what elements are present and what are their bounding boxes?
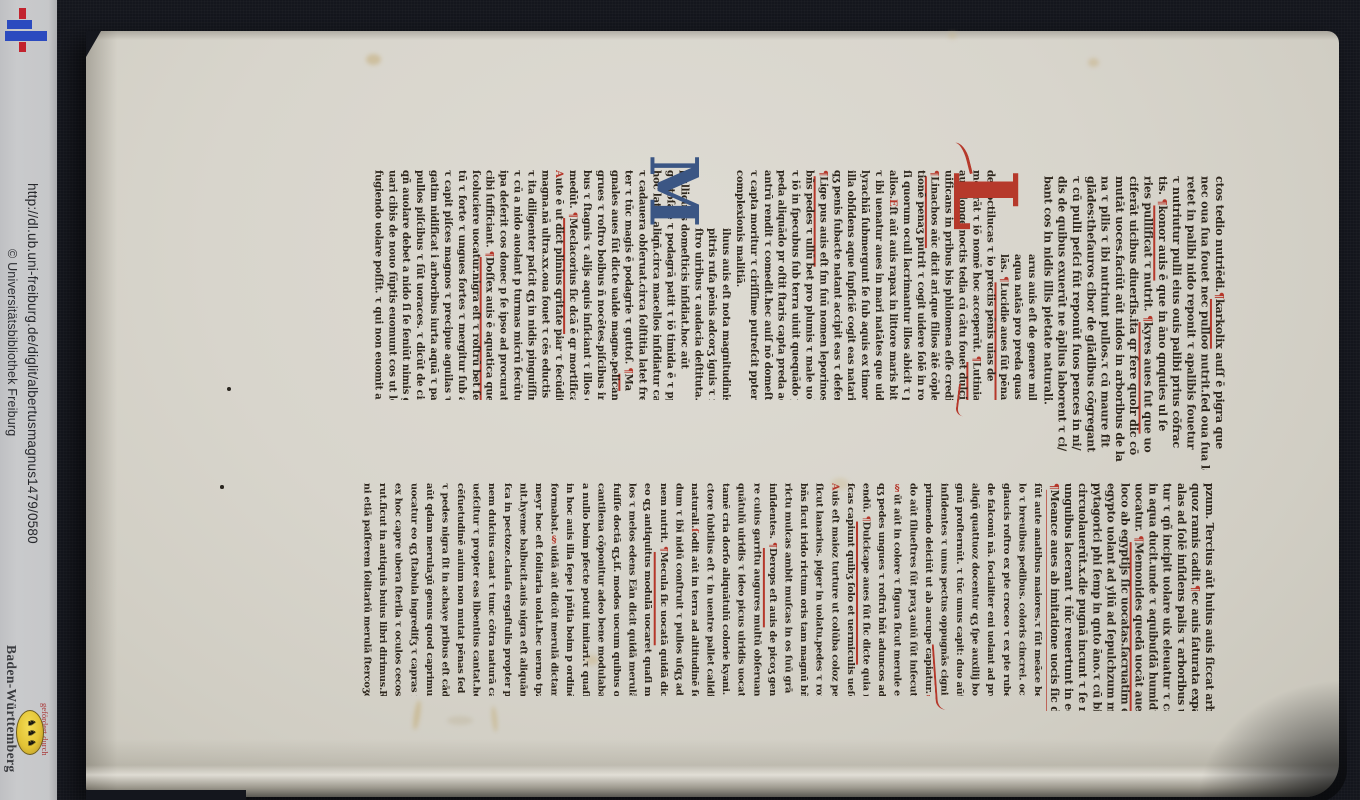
ink-dot: [227, 387, 231, 391]
registration-bar-red-top: [19, 8, 26, 19]
page-bottom-fold: [86, 739, 1339, 797]
digitized-manuscript-viewer: http://dl.ub.uni-freiburg.de/diglit/albe…: [0, 0, 1360, 800]
stain: [366, 54, 381, 65]
stain: [1088, 58, 1099, 67]
lion-glyph: ♞: [25, 728, 35, 737]
metadata-strip: http://dl.ub.uni-freiburg.de/diglit/albe…: [0, 0, 57, 800]
funding-region-label: Baden-Württemberg: [3, 645, 19, 773]
text-column-lower-right: pzum. Tercius aūt huius auis ſiccat arbo…: [1046, 483, 1216, 711]
persistent-url: http://dl.ub.uni-freiburg.de/diglit/albe…: [25, 183, 40, 544]
text-column-upper-right: ctos tedio nutriēdi.¶karkolix auſſ ē pig…: [1040, 176, 1227, 470]
registration-bar-red-bottom: [19, 42, 26, 52]
registration-bar-blue-long: [5, 31, 47, 41]
background-gap: [86, 790, 246, 800]
initial-m-blue: M: [641, 146, 721, 242]
initial-l-red: L: [962, 150, 1040, 250]
ink-dot: [220, 485, 224, 489]
stain: [948, 32, 957, 39]
page-corner-cut: [86, 31, 101, 57]
registration-bar-blue-short: [7, 20, 32, 29]
lion-glyph: ♞: [25, 718, 35, 727]
stain: [447, 716, 473, 725]
coat-of-arms-baden-wuerttemberg: ♞♞♞: [16, 710, 44, 755]
copyright-notice: © Universitätsbibliothek Freiburg: [5, 249, 19, 436]
lion-glyph: ♞: [25, 738, 35, 747]
